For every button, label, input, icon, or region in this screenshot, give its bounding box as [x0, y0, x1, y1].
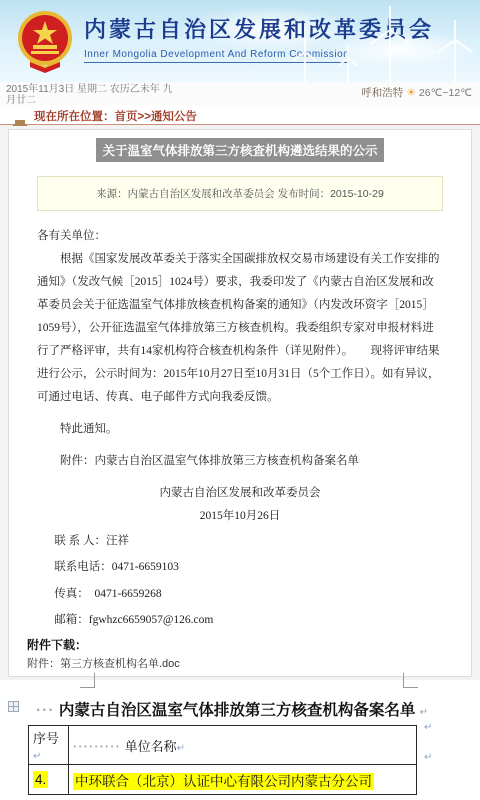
contact-block: 联 系 人：汪祥 联系电话：0471-6659103 传真： 0471-6659… — [37, 528, 443, 634]
weather-city: 呼和浩特 — [361, 87, 403, 99]
sun-icon: ☀ — [406, 87, 416, 99]
header-no-label: 序号 — [33, 731, 59, 746]
header-cell-name: ········· 单位名称↵ — [69, 726, 417, 765]
verification-agency-table: 序号↵ ········· 单位名称↵ 4. 中环联合（北京）认证中心有限公司内… — [28, 725, 417, 795]
site-header: 内蒙古自治区发展和改革委员会 Inner Mongolia Developmen… — [0, 0, 480, 82]
attachment-file-link[interactable]: 附件：第三方核查机构名单.doc — [27, 655, 453, 671]
paragraph-mark: ↵ — [424, 722, 432, 733]
content-area: 关于温室气体排放第三方核查机构遴选结果的公示 来源：内蒙古自治区发展和改革委员会… — [0, 125, 480, 680]
formatting-dots: ········· — [73, 739, 121, 754]
highlighted-row-number: 4. — [33, 771, 48, 788]
page-margin-mark-left — [80, 673, 95, 688]
doc-table-title-row: ··· 内蒙古自治区温室气体排放第三方核查机构备案名单 ↵ — [36, 698, 480, 720]
article-title-row: 关于温室气体排放第三方核查机构遴选结果的公示 — [9, 138, 471, 162]
weather-temperature: 26℃~12℃ — [419, 87, 472, 99]
contact-name: 联 系 人：汪祥 — [37, 528, 443, 554]
doc-table-section: ··· 内蒙古自治区温室气体排放第三方核查机构备案名单 ↵ 序号↵ ······… — [0, 680, 480, 800]
table-row: 4. 中环联合（北京）认证中心有限公司内蒙古分公司 — [29, 765, 417, 795]
issue-date-line: 2015年10月26日 — [37, 505, 443, 528]
paragraph-mark: ↵ — [177, 743, 185, 754]
header-name-label: 单位名称 — [125, 739, 177, 754]
contact-phone: 联系电话：0471-6659103 — [37, 554, 443, 580]
highlighted-company-name: 中环联合（北京）认证中心有限公司内蒙古分公司 — [73, 773, 374, 790]
cell-company-name: 中环联合（北京）认证中心有限公司内蒙古分公司 — [69, 765, 417, 795]
breadcrumb: 现在所在位置：首页>>通知公告 — [0, 105, 480, 125]
table-handle-icon[interactable] — [8, 701, 19, 712]
cell-row-number: 4. — [29, 765, 69, 795]
download-section: 附件下载： 附件：第三方核查机构名单.doc 打印此页 关闭窗口 — [27, 636, 453, 677]
breadcrumb-label[interactable]: 现在所在位置：首页>>通知公告 — [34, 111, 197, 123]
attachment-line: 附件：内蒙古自治区温室气体排放第三方核查机构备案名单 — [37, 450, 443, 473]
article-body: 各有关单位： 根据《国家发展改革委关于落实全国碳排放权交易市场建设有关工作安排的… — [37, 225, 443, 634]
page-margin-mark-right — [403, 673, 418, 688]
closing-line: 特此通知。 — [37, 418, 443, 441]
paragraph-mark: ↵ — [33, 751, 41, 762]
date-bar: 2015年11月3日 星期二 农历乙未年 九 月廿二 呼和浩特 ☀ 26℃~12… — [0, 82, 480, 105]
national-emblem-icon — [16, 9, 74, 73]
article-source: 来源：内蒙古自治区发展和改革委员会 发布时间：2015-10-29 — [37, 176, 443, 211]
paragraph-mark: ↵ — [420, 707, 428, 718]
paragraph-mark: ↵ — [424, 752, 432, 763]
salutation: 各有关单位： — [37, 225, 443, 248]
article-title: 关于温室气体排放第三方核查机构遴选结果的公示 — [96, 138, 383, 162]
contact-fax: 传真： 0471-6659268 — [37, 581, 443, 607]
weather-widget: 呼和浩特 ☀ 26℃~12℃ — [361, 87, 472, 100]
home-icon — [13, 108, 27, 120]
paragraph-1: 根据《国家发展改革委关于落实全国碳排放权交易市场建设有关工作安排的通知》（发改气… — [37, 248, 443, 409]
header-cell-no: 序号↵ — [29, 726, 69, 765]
download-heading: 附件下载： — [27, 636, 453, 653]
doc-table-title: 内蒙古自治区温室气体排放第三方核查机构备案名单 — [59, 702, 416, 719]
page: 内蒙古自治区发展和改革委员会 Inner Mongolia Developmen… — [0, 0, 480, 800]
issuer-line: 内蒙古自治区发展和改革委员会 — [37, 482, 443, 505]
formatting-dots: ··· — [36, 702, 55, 719]
table-header-row: 序号↵ ········· 单位名称↵ — [29, 726, 417, 765]
contact-email: 邮箱：fgwhzc6659057@126.com — [37, 607, 443, 633]
wind-turbines-graphic — [230, 0, 480, 82]
article-box: 关于温室气体排放第三方核查机构遴选结果的公示 来源：内蒙古自治区发展和改革委员会… — [8, 129, 472, 677]
